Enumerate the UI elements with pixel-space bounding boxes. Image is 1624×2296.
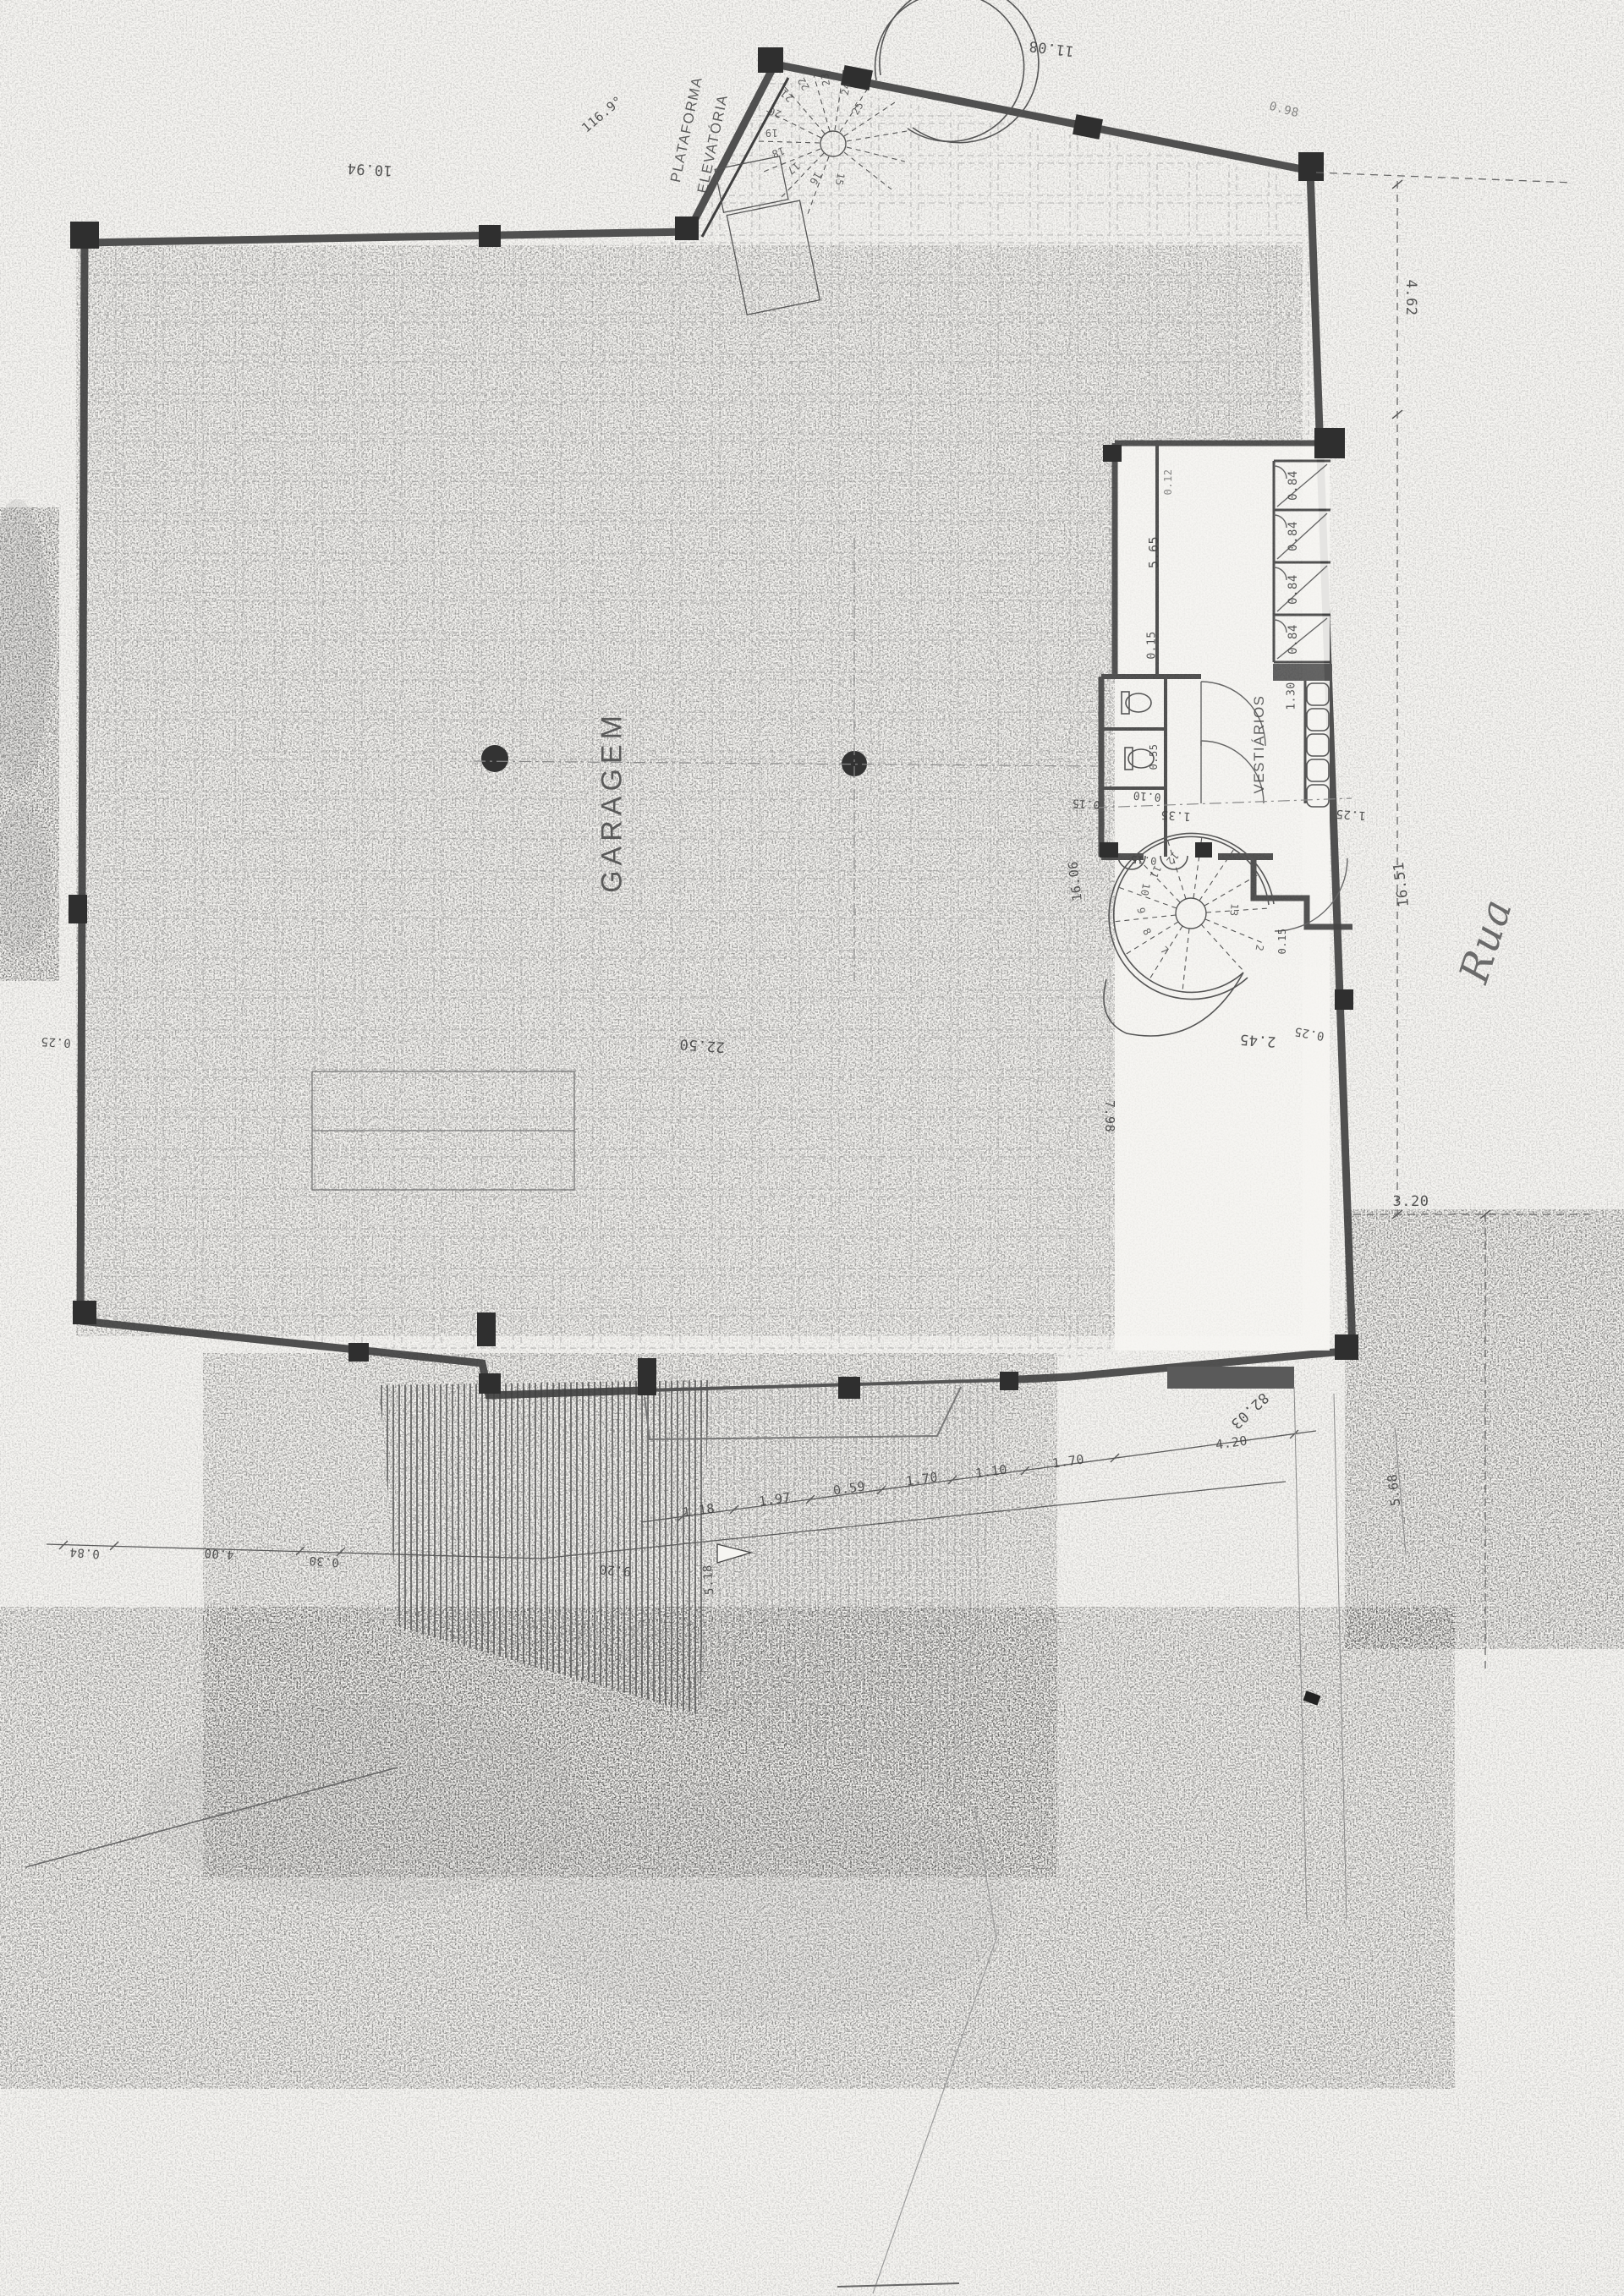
top-step-19: 19 xyxy=(765,127,777,139)
dim-right-wall-low: 1.25 xyxy=(1336,807,1367,822)
dim-right-upper: 4.62 xyxy=(1402,280,1419,316)
dim-ramp-low-2: 5.18 xyxy=(700,1564,716,1596)
dim-bottom-3: 0.30 xyxy=(309,1553,340,1569)
dim-right-offset: 3.20 xyxy=(1393,1193,1429,1210)
bottom-step-10: 10 xyxy=(1138,882,1152,897)
dim-shower-4: 0.84 xyxy=(1287,624,1300,655)
dim-bottom-1: 0.84 xyxy=(69,1545,101,1560)
interior-walls xyxy=(1101,443,1352,1351)
dim-wc-width: 1.35 xyxy=(1160,808,1192,823)
top-step-23: 23 xyxy=(819,72,832,87)
dim-corridor: 5.65 xyxy=(1146,536,1161,568)
dim-stair-side: 0.15 xyxy=(1276,929,1288,955)
dim-wc-door: 0.10 xyxy=(1133,788,1161,803)
dim-shower-3: 0.84 xyxy=(1287,574,1300,605)
dim-lockers: 1.30 xyxy=(1286,682,1298,710)
dim-top-left-width: 10.94 xyxy=(347,160,393,179)
dim-shower-1: 0.84 xyxy=(1287,470,1300,501)
scanned-floorplan-sheet: 11.08 10.94 0.98 116.9° PLATAFORMA ELEVA… xyxy=(0,0,1624,2296)
dim-ramp-low-1: 9.20 xyxy=(598,1562,631,1580)
dim-garage-width: 22.50 xyxy=(679,1035,726,1055)
garage-label: GARAGEM xyxy=(596,710,629,893)
dim-corridor-wall: 0.15 xyxy=(1146,631,1159,659)
top-step-24: 24 xyxy=(839,81,853,96)
floorplan-drawing xyxy=(0,0,1624,2296)
dim-garage-right-v: 7.98 xyxy=(1102,1100,1117,1132)
dim-shower-2: 0.84 xyxy=(1287,521,1300,551)
dim-left-wall: 0.25 xyxy=(41,1034,72,1049)
dim-wc-wall: 0.15 xyxy=(1072,796,1100,810)
bottom-step-13: 13 xyxy=(1227,903,1240,918)
vestiarios-label: VESTIÁRIOS xyxy=(1251,694,1268,793)
dim-garage-right: 2.45 xyxy=(1239,1031,1276,1050)
dim-corridor-top: 0.12 xyxy=(1162,469,1174,496)
top-step-15: 15 xyxy=(833,172,847,187)
dim-bottom-2: 4.00 xyxy=(204,1546,235,1561)
dim-wc-depth: 0.55 xyxy=(1148,744,1160,770)
